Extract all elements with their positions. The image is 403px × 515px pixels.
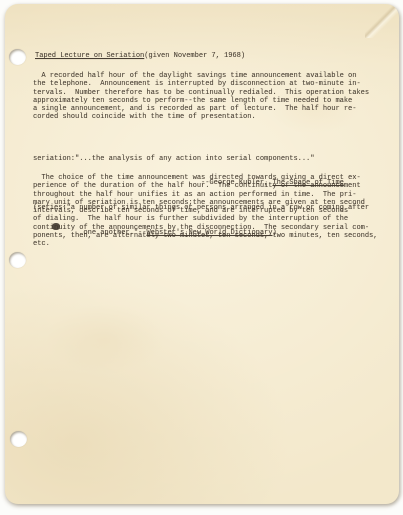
punch-hole-middle	[9, 252, 26, 268]
paragraph-announcement: A recorded half hour of the daylight sav…	[33, 72, 369, 122]
corner-fold	[365, 4, 399, 38]
punch-hole-top	[9, 49, 26, 65]
paragraph-seriation-explanation: The choice of the time announcement was …	[33, 174, 377, 249]
paper-stain	[45, 304, 165, 374]
paper-page: Taped Lecture on Seriation(given Novembe…	[5, 4, 399, 504]
quote-line-seriation: seriation:"...the analysis of any action…	[33, 155, 369, 163]
title-underlined-text: Taped Lecture on Seriation	[35, 52, 144, 60]
seriation-definition-text: seriation:"...the analysis of any action…	[33, 155, 314, 163]
document-title: Taped Lecture on Seriation(given Novembe…	[35, 52, 245, 60]
typewriter-overstrike-mark	[52, 223, 60, 230]
punch-hole-bottom	[10, 431, 27, 447]
title-date-text: (given November 7, 1968)	[144, 52, 245, 60]
